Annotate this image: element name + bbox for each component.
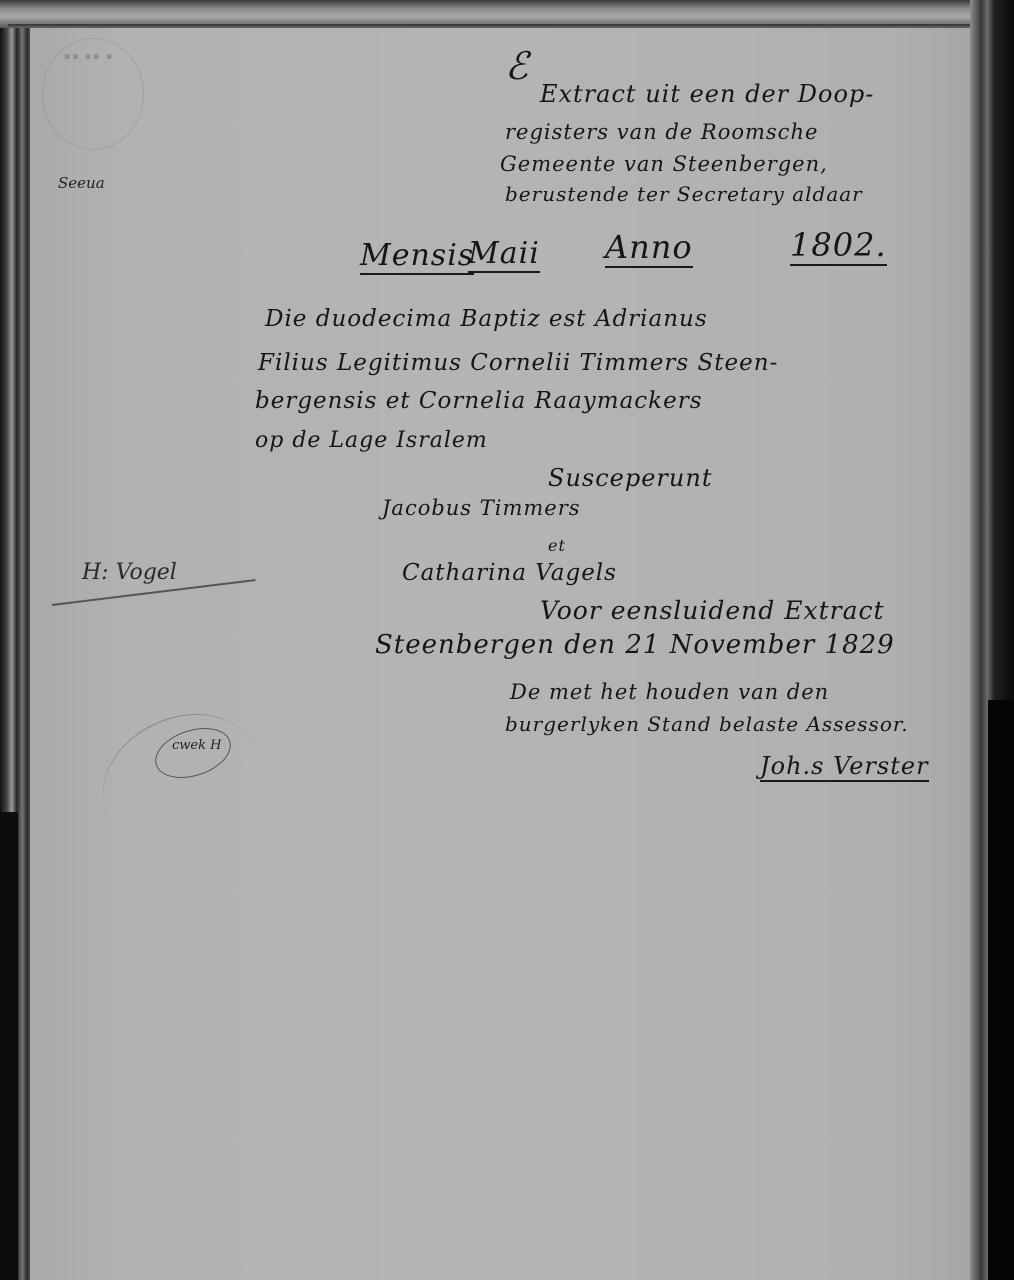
entry-line-4: op de Lage Isralem [255,428,488,453]
place-date: Steenbergen den 21 November 1829 [375,630,895,660]
book-binding-left-edge [0,0,34,1280]
certification-text: Voor eensluidend Extract [540,596,885,625]
date-heading-year: 1802. [790,226,887,266]
header-line-3: Gemeente van Steenbergen, [500,152,828,176]
faded-stamp-text: ▪▪ ▪▪ ▪ [64,52,114,62]
sponsor-1: Jacobus Timmers [382,496,581,520]
sponsor-2: Catharina Vagels [402,560,617,586]
susceperunt: Susceperunt [548,464,712,492]
margin-signature: H: Vogel [82,560,177,585]
entry-line-2: Filius Legitimus Cornelii Timmers Steen- [258,350,778,376]
entry-line-3: bergensis et Cornelia Raaymackers [255,388,703,414]
date-heading-mensis: Mensis [360,238,474,275]
seal-text: cwek H [172,738,221,753]
header-line-1: Extract uit een der Doop- [540,80,874,108]
scanned-document: ▪▪ ▪▪ ▪ Seeua ℰ Extract uit een der Doop… [0,0,1014,1280]
margin-note: Seeua [58,174,105,192]
official-signature: Joh.s Verster [760,752,929,782]
entry-line-1: Die duodecima Baptiz est Adrianus [265,306,708,332]
header-line-4: berustende ter Secretary aldaar [505,182,863,206]
header-line-2: registers van de Roomsche [505,120,818,144]
conjunction: et [548,536,566,555]
date-heading-anno: Anno [605,228,693,268]
page-border-line [8,24,998,26]
official-line-2: burgerlyken Stand belaste Assessor. [505,712,909,736]
book-page-edges-right [970,0,1014,1280]
date-heading-month: Maii [468,236,540,273]
header-capital-e: ℰ [505,44,529,88]
official-line-1: De met het houden van den [510,680,829,704]
